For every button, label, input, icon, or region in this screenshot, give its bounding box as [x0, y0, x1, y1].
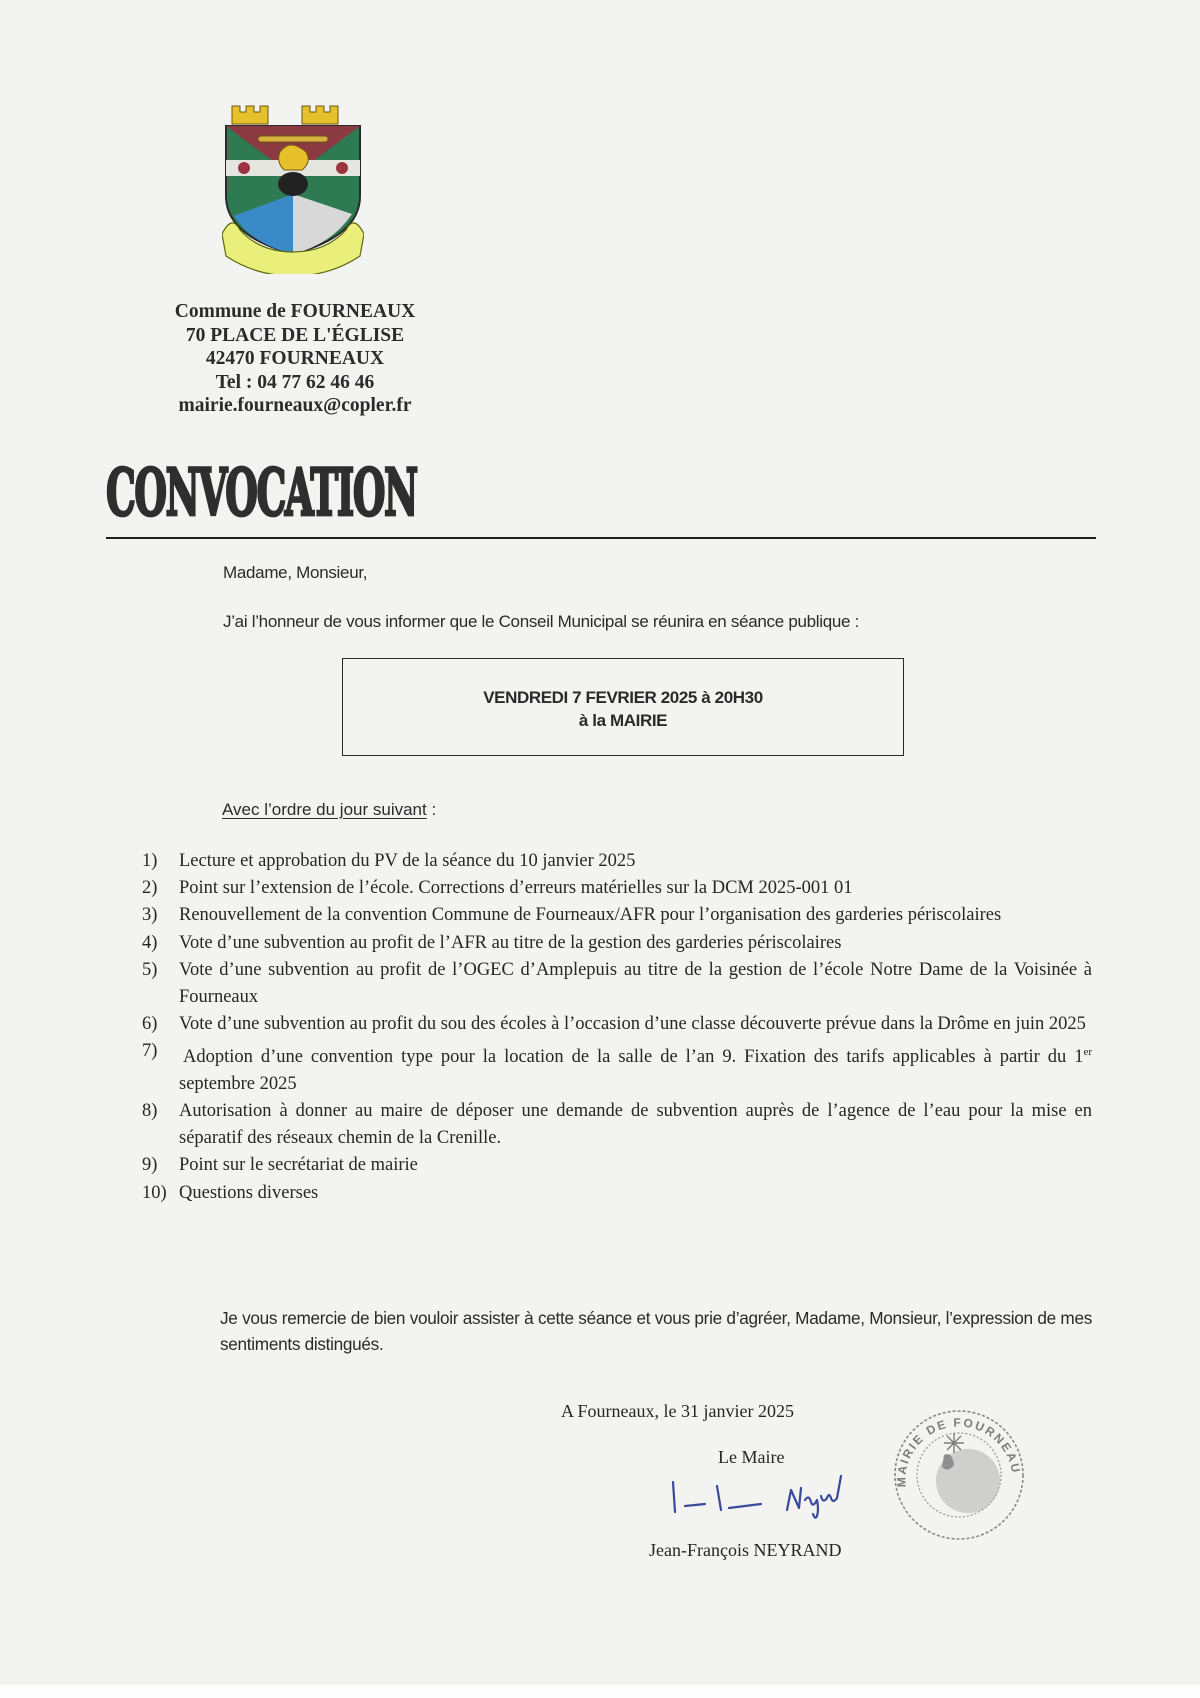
salutation: Madame, Monsieur, — [223, 563, 367, 583]
official-stamp-icon: MAIRIE DE FOURNEAUX — [884, 1403, 1034, 1543]
agenda-item-text: Renouvellement de la convention Commune … — [179, 905, 1001, 925]
signatory-name: Jean-François NEYRAND — [649, 1540, 841, 1561]
agenda-item-number: 6) — [142, 1011, 157, 1038]
meeting-location: à la MAIRIE — [343, 709, 903, 732]
signatory-title: Le Maire — [718, 1447, 784, 1468]
closing-paragraph: Je vous remercie de bien vouloir assiste… — [220, 1305, 1092, 1357]
agenda-item: 6)Vote d’une subvention au profit du sou… — [142, 1011, 1092, 1038]
agenda-item-text: Questions diverses — [179, 1183, 318, 1203]
agenda-heading-text: Avec l’ordre du jour suivant — [222, 800, 427, 819]
agenda-item-number: 9) — [142, 1152, 157, 1179]
ordinal-superscript: er — [1083, 1045, 1092, 1057]
agenda-item: 3)Renouvellement de la convention Commun… — [142, 902, 1092, 929]
title-divider — [106, 537, 1096, 539]
letterhead-postcode-city: 42470 FOURNEAUX — [150, 347, 440, 371]
letterhead-address: 70 PLACE DE L'ÉGLISE — [150, 324, 440, 348]
intro-paragraph: J’ai l’honneur de vous informer que le C… — [223, 612, 859, 632]
agenda-item-number: 4) — [142, 930, 157, 957]
agenda-item-text: Lecture et approbation du PV de la séanc… — [179, 851, 635, 871]
agenda-item-text-part: septembre 2025 — [179, 1074, 297, 1094]
agenda-item-number: 2) — [142, 875, 157, 902]
agenda-item: 2)Point sur l’extension de l’école. Corr… — [142, 875, 1092, 902]
agenda-item: 9)Point sur le secrétariat de mairie — [142, 1152, 1092, 1179]
page-bottom-margin — [0, 1685, 1200, 1698]
agenda-item-text: Point sur le secrétariat de mairie — [179, 1155, 418, 1175]
agenda-item-number: 1) — [142, 848, 157, 875]
agenda-heading: Avec l’ordre du jour suivant : — [222, 800, 436, 820]
agenda-item-text: Point sur l’extension de l’école. Correc… — [179, 878, 853, 898]
handwritten-signature-icon — [665, 1470, 905, 1530]
coat-of-arms-icon — [222, 104, 364, 274]
letterhead-email: mairie.fourneaux@copler.fr — [150, 394, 440, 418]
letterhead: Commune de FOURNEAUX 70 PLACE DE L'ÉGLIS… — [150, 300, 440, 418]
agenda-item-text: Vote d’une subvention au profit du sou d… — [179, 1014, 1086, 1034]
agenda-item-number: 8) — [142, 1098, 157, 1125]
agenda-item: 10)Questions diverses — [142, 1180, 1092, 1207]
agenda-item-number: 5) — [142, 957, 157, 984]
agenda-item-text: Vote d’une subvention au profit de l’OGE… — [179, 960, 1092, 1007]
agenda-item: 1)Lecture et approbation du PV de la séa… — [142, 848, 1092, 875]
letterhead-phone: Tel : 04 77 62 46 46 — [150, 371, 440, 395]
place-and-date: A Fourneaux, le 31 janvier 2025 — [561, 1401, 794, 1422]
meeting-details-box: VENDREDI 7 FEVRIER 2025 à 20H30 à la MAI… — [342, 658, 904, 756]
agenda-item-number: 3) — [142, 902, 157, 929]
agenda-item-text: Autorisation à donner au maire de dépose… — [179, 1101, 1092, 1148]
agenda-heading-colon: : — [427, 800, 436, 819]
agenda-item-number: 10) — [142, 1180, 167, 1207]
agenda-item-text: Vote d’une subvention au profit de l’AFR… — [179, 933, 841, 953]
agenda-list: 1)Lecture et approbation du PV de la séa… — [142, 848, 1092, 1207]
agenda-item-number: 7) — [142, 1038, 157, 1065]
agenda-item-text: Adoption d’une convention type pour la l… — [179, 1047, 1092, 1094]
agenda-item-text-part: Adoption d’une convention type pour la l… — [183, 1047, 1083, 1067]
meeting-date-time: VENDREDI 7 FEVRIER 2025 à 20H30 — [343, 686, 903, 709]
letterhead-commune: Commune de FOURNEAUX — [150, 300, 440, 324]
agenda-item: 4)Vote d’une subvention au profit de l’A… — [142, 930, 1092, 957]
document-title: CONVOCATION — [106, 450, 417, 538]
agenda-item: 7)Adoption d’une convention type pour la… — [142, 1038, 1092, 1098]
agenda-item: 5)Vote d’une subvention au profit de l’O… — [142, 957, 1092, 1011]
agenda-item: 8)Autorisation à donner au maire de dépo… — [142, 1098, 1092, 1152]
document-page: Commune de FOURNEAUX 70 PLACE DE L'ÉGLIS… — [0, 0, 1200, 1685]
